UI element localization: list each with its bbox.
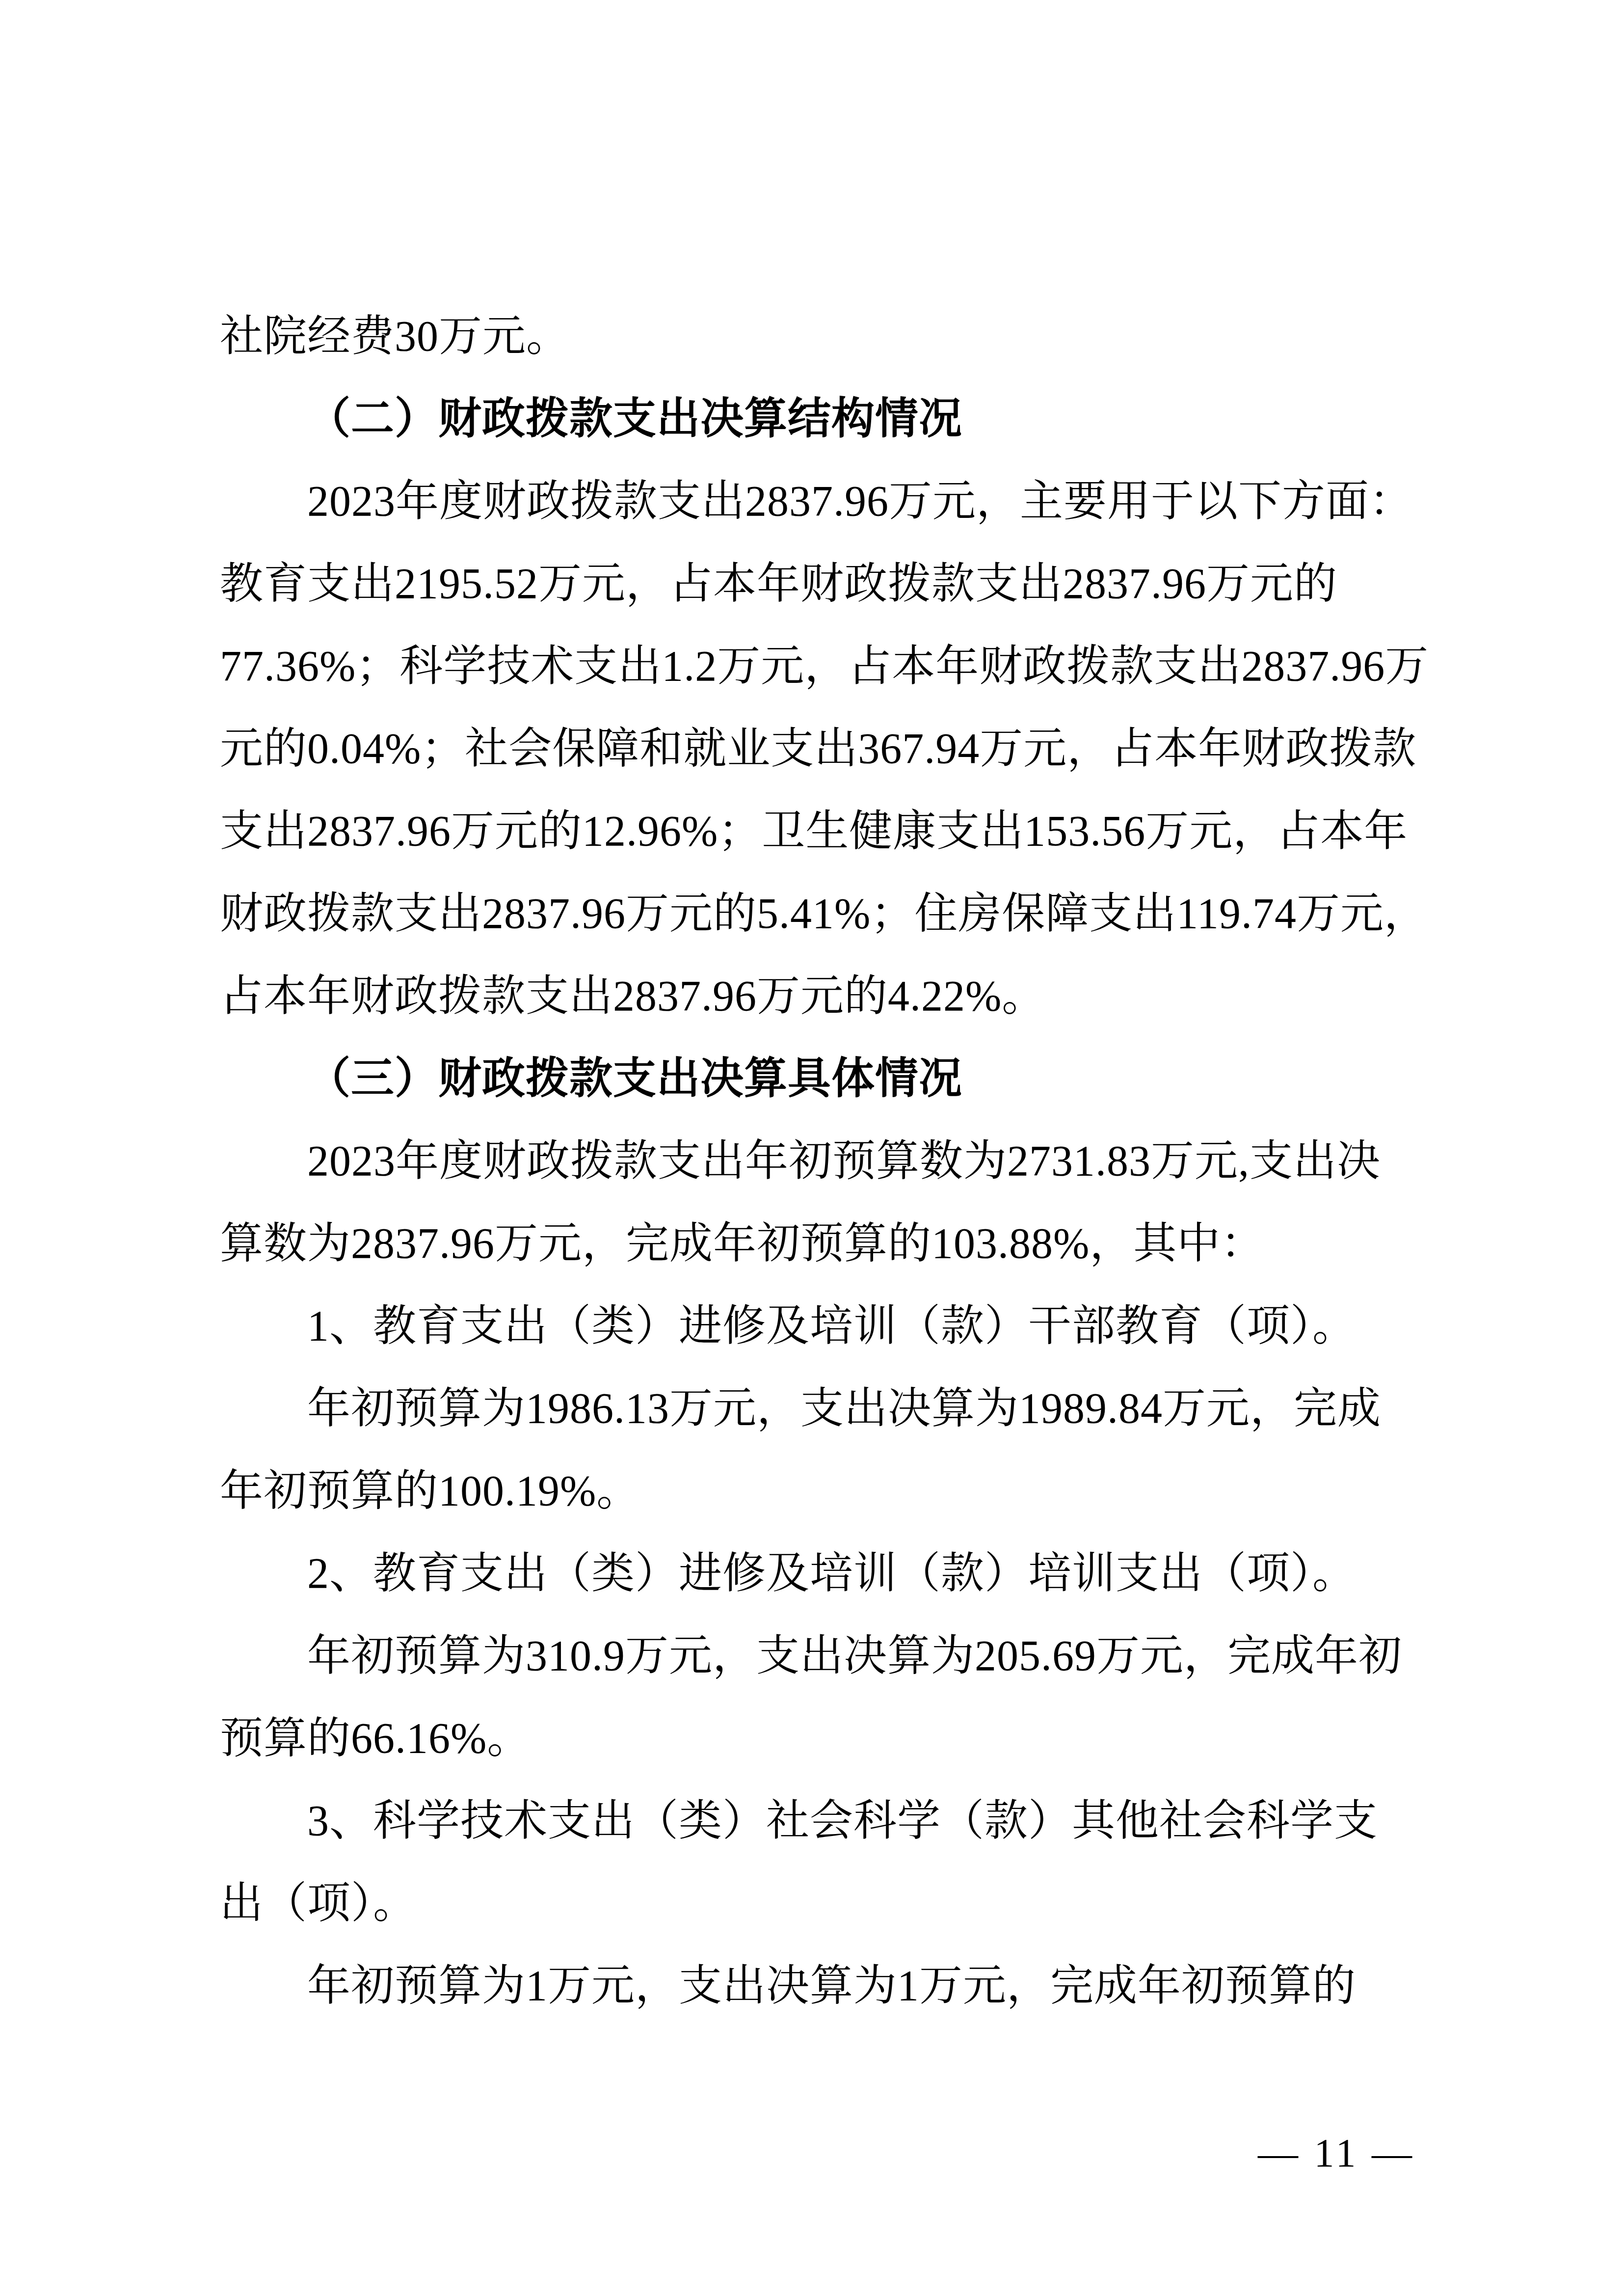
- list-item-2: 2、教育支出（类）进修及培训（款）培训支出（项）。: [220, 1533, 1427, 1615]
- list-item-1: 1、教育支出（类）进修及培训（款）干部教育（项）。: [220, 1285, 1427, 1368]
- text-line: 社院经费30万元。: [220, 296, 1427, 378]
- text-line: 年初预算为1986.13万元，支出决算为1989.84万元，完成: [220, 1368, 1427, 1450]
- document-body: 社院经费30万元。 （二）财政拨款支出决算结构情况 2023年度财政拨款支出28…: [220, 296, 1427, 2027]
- text-line: 支出2837.96万元的12.96%；卫生健康支出153.56万元，占本年: [220, 790, 1427, 873]
- list-item-3: 3、科学技术支出（类）社会科学（款）其他社会科学支: [220, 1780, 1427, 1863]
- page-number: — 11 —: [1258, 2129, 1415, 2178]
- section-heading-2: （二）财政拨款支出决算结构情况: [220, 378, 1427, 460]
- text-line: 77.36%；科学技术支出1.2万元，占本年财政拨款支出2837.96万: [220, 625, 1427, 708]
- text-line: 预算的66.16%。: [220, 1698, 1427, 1780]
- text-line: 出（项）。: [220, 1863, 1427, 1945]
- text-line: 算数为2837.96万元，完成年初预算的103.88%，其中：: [220, 1203, 1427, 1285]
- text-line: 占本年财政拨款支出2837.96万元的4.22%。: [220, 955, 1427, 1038]
- section-heading-3: （三）财政拨款支出决算具体情况: [220, 1038, 1427, 1120]
- text-line: 2023年度财政拨款支出2837.96万元，主要用于以下方面：: [220, 460, 1427, 543]
- text-line: 年初预算为1万元，支出决算为1万元，完成年初预算的: [220, 1945, 1427, 2027]
- text-line: 年初预算的100.19%。: [220, 1450, 1427, 1533]
- text-line: 年初预算为310.9万元，支出决算为205.69万元，完成年初: [220, 1615, 1427, 1698]
- text-line: 元的0.04%；社会保障和就业支出367.94万元，占本年财政拨款: [220, 708, 1427, 790]
- text-line: 2023年度财政拨款支出年初预算数为2731.83万元,支出决: [220, 1120, 1427, 1203]
- text-line: 财政拨款支出2837.96万元的5.41%；住房保障支出119.74万元，: [220, 873, 1427, 955]
- text-line: 教育支出2195.52万元，占本年财政拨款支出2837.96万元的: [220, 543, 1427, 625]
- document-page: 社院经费30万元。 （二）财政拨款支出决算结构情况 2023年度财政拨款支出28…: [0, 0, 1623, 2296]
